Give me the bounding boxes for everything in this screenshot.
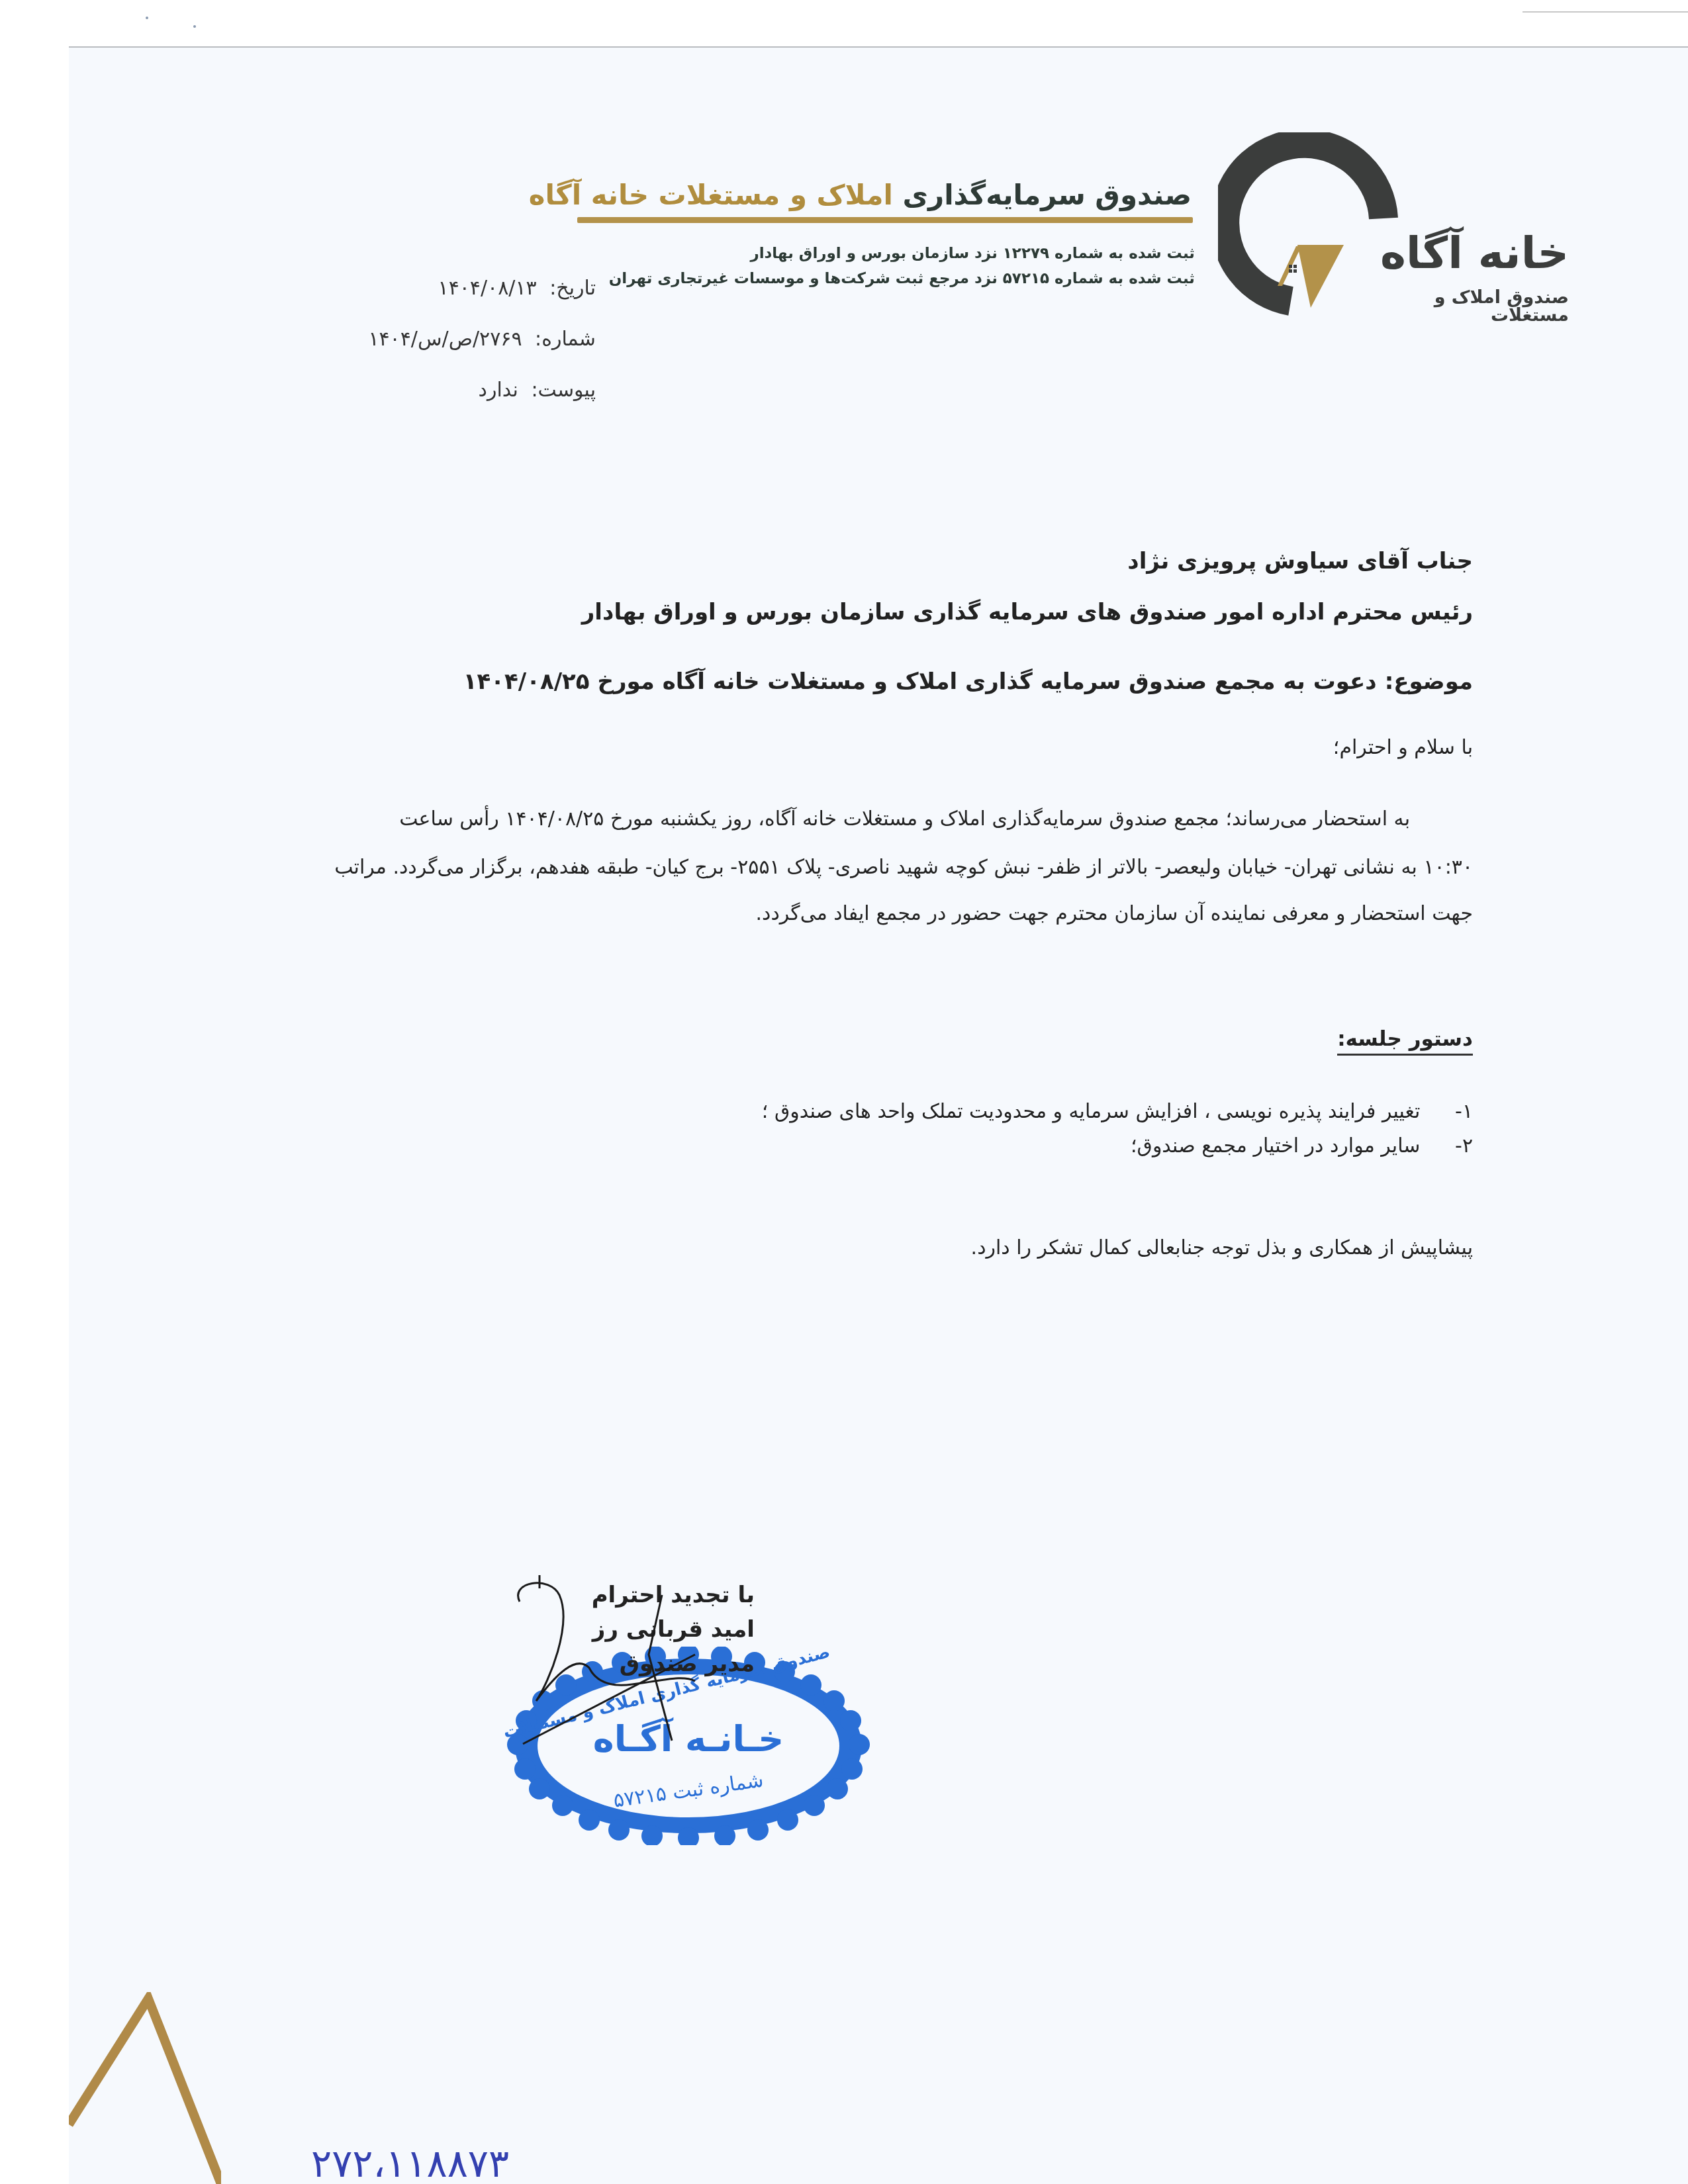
agenda-title-text: دستور جلسه: xyxy=(1337,1027,1473,1056)
letter-subject: موضوع: دعوت به مجمع صندوق سرمایه گذاری ا… xyxy=(530,668,1473,695)
letterhead-title: صندوق سرمایه‌گذاری املاک و مستغلات خانه … xyxy=(569,180,1192,210)
attachment-label: پیوست: xyxy=(531,379,596,402)
handwritten-note: ۲۷۲،۱۱۸۸۷۳ xyxy=(311,2141,509,2184)
attachment-value: ندارد xyxy=(479,379,518,402)
letterhead-title-gold: املاک و مستغلات خانه آگاه xyxy=(529,179,893,211)
letterhead-rule xyxy=(577,217,1193,223)
agenda-item-number: ۱- xyxy=(1427,1100,1473,1123)
recipient-title: رئیس محترم اداره امور صندوق های سرمایه گ… xyxy=(530,599,1473,625)
body-line-1-text: به استحضار می‌رساند؛ مجمع صندوق سرمایه‌گ… xyxy=(399,807,1410,831)
letter-attachment: پیوست: ندارد xyxy=(371,379,596,402)
number-value: ۲۷۶۹/ص/س/۱۴۰۴ xyxy=(368,328,522,351)
scan-speck xyxy=(146,17,148,19)
logo-subtitle: صندوق املاک و مستغلات xyxy=(1350,289,1569,324)
body-paragraph-line-1: به استحضار می‌رساند؛ مجمع صندوق سرمایه‌گ… xyxy=(291,807,1473,831)
agenda-item: ۱- تغییر فرایند پذیره نویسی ، افزایش سرم… xyxy=(695,1100,1473,1123)
recipient-name: جناب آقای سیاوش پرویزی نژاد xyxy=(530,548,1473,574)
agenda-item: ۲- سایر موارد در اختیار مجمع صندوق؛ xyxy=(695,1134,1473,1158)
number-label: شماره: xyxy=(535,328,596,351)
letter-number: شماره: ۲۷۶۹/ص/س/۱۴۰۴ xyxy=(371,328,596,351)
scan-speck xyxy=(193,25,196,28)
company-logo: خانه آگاه صندوق املاک و مستغلات xyxy=(1218,132,1589,324)
date-label: تاریخ: xyxy=(549,277,596,300)
corner-chevron-icon xyxy=(69,1992,221,2184)
scan-edge-line xyxy=(1523,11,1688,13)
date-value: ۱۴۰۴/۰۸/۱۳ xyxy=(438,277,537,300)
letter-date: تاریخ: ۱۴۰۴/۰۸/۱۳ xyxy=(371,277,596,300)
body-paragraph-line-3: جهت استحضار و معرفی نماینده آن سازمان مح… xyxy=(291,902,1473,925)
agenda-item-number: ۲- xyxy=(1427,1134,1473,1158)
closing-sentence: پیشاپیش از همکاری و بذل توجه جنابعالی کم… xyxy=(861,1236,1473,1259)
registration-line-2: ثبت شده به شماره ۵۷۲۱۵ نزد مرجع ثبت شرکت… xyxy=(662,270,1195,287)
greeting: با سلام و احترام؛ xyxy=(530,736,1473,759)
agenda-item-text: تغییر فرایند پذیره نویسی ، افزایش سرمایه… xyxy=(762,1100,1421,1123)
body-paragraph-line-2: ۱۰:۳۰ به نشانی تهران- خیابان ولیعصر- بال… xyxy=(291,856,1473,879)
logo-name: خانه آگاه xyxy=(1350,232,1569,275)
scan-margin xyxy=(0,0,1688,48)
agenda-title: دستور جلسه: xyxy=(1192,1027,1473,1051)
registration-line-1: ثبت شده به شماره ۱۲۲۷۹ نزد سازمان بورس و… xyxy=(662,245,1195,262)
letterhead-title-dark: صندوق سرمایه‌گذاری xyxy=(903,179,1192,211)
handwritten-signature-icon xyxy=(510,1575,748,1747)
agenda-item-text: سایر موارد در اختیار مجمع صندوق؛ xyxy=(1131,1134,1420,1158)
